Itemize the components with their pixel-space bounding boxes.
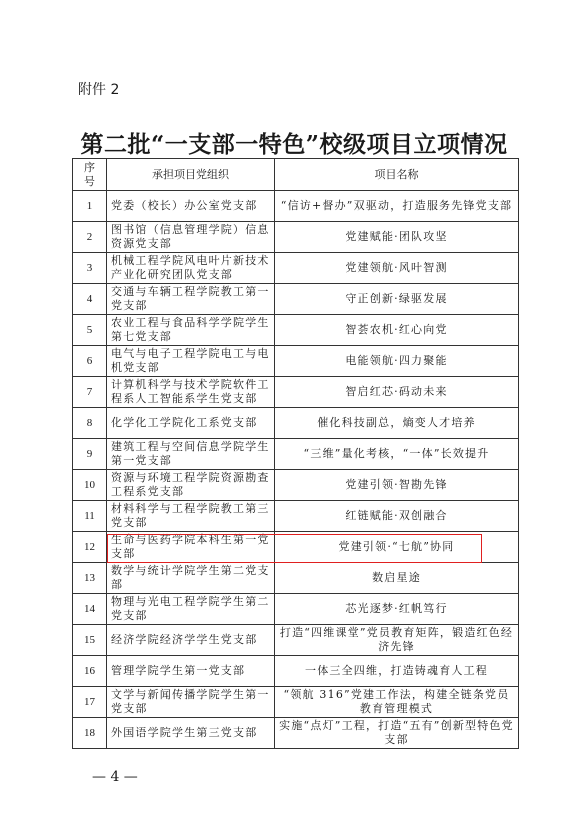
- row-project-name: 守正创新·绿驱发展: [275, 284, 519, 315]
- table-row: 6电气与电子工程学院电工与电机党支部电能领航·四力聚能: [73, 346, 519, 377]
- table-row: 17文学与新闻传播学院学生第一党支部“领航 316”党建工作法，构建全链条党员教…: [73, 687, 519, 718]
- row-organization: 图书馆（信息管理学院）信息资源党支部: [107, 222, 275, 253]
- table-row: 1党委（校长）办公室党支部“信访+督办”双驱动，打造服务先锋党支部: [73, 191, 519, 222]
- row-project-name: 党建领航·风叶智测: [275, 253, 519, 284]
- row-project-name: “三维”量化考核，“一体”长效提升: [275, 439, 519, 470]
- row-project-name: “领航 316”党建工作法，构建全链条党员教育管理模式: [275, 687, 519, 718]
- row-number: 1: [73, 191, 107, 222]
- row-organization: 电气与电子工程学院电工与电机党支部: [107, 346, 275, 377]
- row-number: 4: [73, 284, 107, 315]
- document-title: 第二批“一支部一特色”校级项目立项情况: [0, 126, 588, 159]
- row-organization: 生命与医药学院本科生第一党支部: [107, 532, 275, 563]
- row-project-name: 党建赋能·团队攻坚: [275, 222, 519, 253]
- row-number: 17: [73, 687, 107, 718]
- table-row: 10资源与环境工程学院资源勘查工程系党支部党建引领·智勘先锋: [73, 470, 519, 501]
- table-header-row: 序号 承担项目党组织 项目名称: [73, 159, 519, 191]
- table-row: 7计算机科学与技术学院软件工程系人工智能系学生党支部智启红芯·码动未来: [73, 377, 519, 408]
- header-org: 承担项目党组织: [107, 159, 275, 191]
- table-row: 14物理与光电工程学院学生第二党支部芯光逐梦·红帆笃行: [73, 594, 519, 625]
- row-number: 16: [73, 656, 107, 687]
- table-row: 12生命与医药学院本科生第一党支部党建引领·“七航”协同: [73, 532, 519, 563]
- row-organization: 机械工程学院风电叶片新技术产业化研究团队党支部: [107, 253, 275, 284]
- row-project-name: 红链赋能·双创融合: [275, 501, 519, 532]
- row-project-name: 电能领航·四力聚能: [275, 346, 519, 377]
- table-row: 4交通与车辆工程学院教工第一党支部守正创新·绿驱发展: [73, 284, 519, 315]
- attachment-label: 附件 2: [78, 79, 119, 99]
- row-organization: 外国语学院学生第三党支部: [107, 718, 275, 749]
- row-organization: 物理与光电工程学院学生第二党支部: [107, 594, 275, 625]
- table-row: 11材料科学与工程学院教工第三党支部红链赋能·双创融合: [73, 501, 519, 532]
- row-project-name: 数启星途: [275, 563, 519, 594]
- row-number: 5: [73, 315, 107, 346]
- row-organization: 经济学院经济学学生党支部: [107, 625, 275, 656]
- row-organization: 文学与新闻传播学院学生第一党支部: [107, 687, 275, 718]
- header-project: 项目名称: [275, 159, 519, 191]
- row-project-name: 党建引领·智勘先锋: [275, 470, 519, 501]
- row-project-name: 芯光逐梦·红帆笃行: [275, 594, 519, 625]
- row-project-name: 党建引领·“七航”协同: [275, 532, 519, 563]
- row-number: 14: [73, 594, 107, 625]
- row-number: 11: [73, 501, 107, 532]
- row-number: 15: [73, 625, 107, 656]
- row-number: 13: [73, 563, 107, 594]
- row-organization: 化学化工学院化工系党支部: [107, 408, 275, 439]
- row-number: 8: [73, 408, 107, 439]
- row-project-name: 智启红芯·码动未来: [275, 377, 519, 408]
- row-organization: 计算机科学与技术学院软件工程系人工智能系学生党支部: [107, 377, 275, 408]
- row-project-name: 智荟农机·红心向党: [275, 315, 519, 346]
- table-row: 5农业工程与食品科学学院学生第七党支部智荟农机·红心向党: [73, 315, 519, 346]
- row-number: 18: [73, 718, 107, 749]
- table-row: 15经济学院经济学学生党支部打造“四维课堂”党员教育矩阵，锻造红色经济先锋: [73, 625, 519, 656]
- row-number: 3: [73, 253, 107, 284]
- project-table: 序号 承担项目党组织 项目名称 1党委（校长）办公室党支部“信访+督办”双驱动，…: [72, 158, 519, 749]
- row-number: 10: [73, 470, 107, 501]
- row-number: 7: [73, 377, 107, 408]
- row-organization: 管理学院学生第一党支部: [107, 656, 275, 687]
- row-number: 12: [73, 532, 107, 563]
- table-row: 8化学化工学院化工系党支部催化科技副总，熵变人才培养: [73, 408, 519, 439]
- page-number: — 4 —: [92, 769, 138, 785]
- row-project-name: 打造“四维课堂”党员教育矩阵，锻造红色经济先锋: [275, 625, 519, 656]
- row-project-name: 催化科技副总，熵变人才培养: [275, 408, 519, 439]
- table-row: 9建筑工程与空间信息学院学生第一党支部“三维”量化考核，“一体”长效提升: [73, 439, 519, 470]
- row-number: 2: [73, 222, 107, 253]
- row-project-name: 实施“点灯”工程，打造“五有”创新型特色党支部: [275, 718, 519, 749]
- table-row: 18外国语学院学生第三党支部实施“点灯”工程，打造“五有”创新型特色党支部: [73, 718, 519, 749]
- header-no: 序号: [73, 159, 107, 191]
- row-organization: 数学与统计学院学生第二党支部: [107, 563, 275, 594]
- row-organization: 资源与环境工程学院资源勘查工程系党支部: [107, 470, 275, 501]
- row-organization: 建筑工程与空间信息学院学生第一党支部: [107, 439, 275, 470]
- row-organization: 农业工程与食品科学学院学生第七党支部: [107, 315, 275, 346]
- row-number: 9: [73, 439, 107, 470]
- table-row: 3机械工程学院风电叶片新技术产业化研究团队党支部党建领航·风叶智测: [73, 253, 519, 284]
- row-project-name: “信访+督办”双驱动，打造服务先锋党支部: [275, 191, 519, 222]
- row-number: 6: [73, 346, 107, 377]
- row-project-name: 一体三全四维，打造铸魂育人工程: [275, 656, 519, 687]
- table-row: 2图书馆（信息管理学院）信息资源党支部党建赋能·团队攻坚: [73, 222, 519, 253]
- table-row: 13数学与统计学院学生第二党支部数启星途: [73, 563, 519, 594]
- row-organization: 党委（校长）办公室党支部: [107, 191, 275, 222]
- row-organization: 材料科学与工程学院教工第三党支部: [107, 501, 275, 532]
- row-organization: 交通与车辆工程学院教工第一党支部: [107, 284, 275, 315]
- table-row: 16管理学院学生第一党支部一体三全四维，打造铸魂育人工程: [73, 656, 519, 687]
